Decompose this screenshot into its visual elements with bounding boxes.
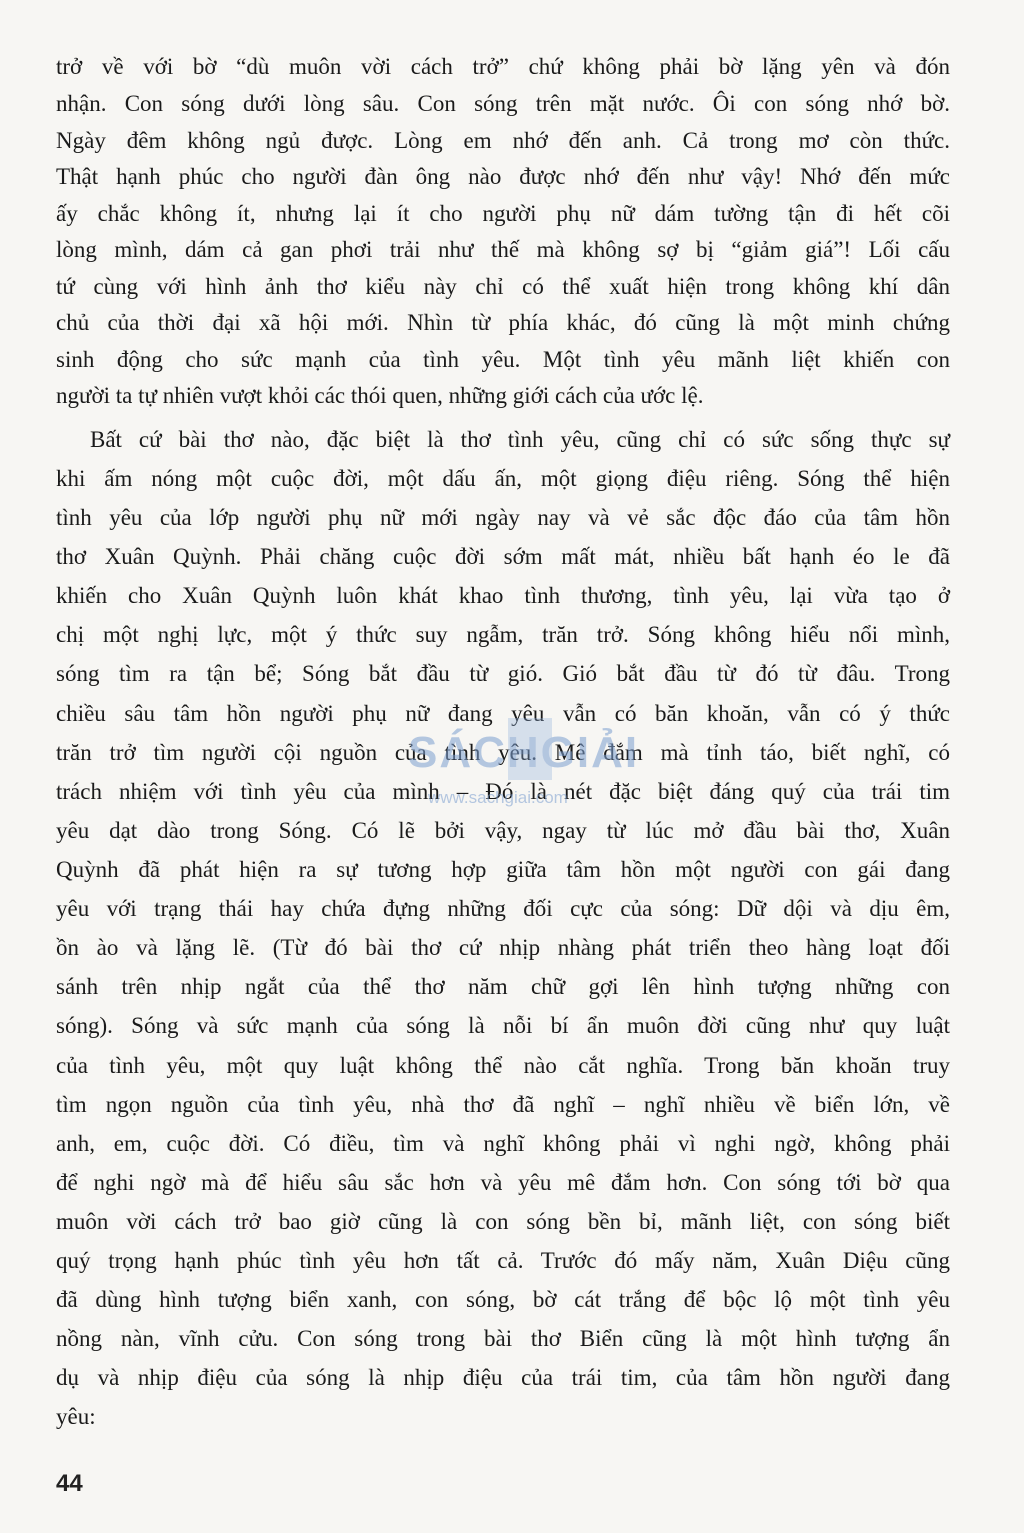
text-line: anh, em, cuộc đời. Có điều, tìm và nghĩ … (56, 1125, 950, 1163)
text-line: người ta tự nhiên vượt khỏi các thói que… (56, 377, 950, 415)
text-line: nồng nàn, vĩnh cửu. Con sóng trong bài t… (56, 1320, 950, 1358)
text-line: sóng tìm ra tận bể; Sóng bắt đầu từ gió.… (56, 655, 950, 693)
text-line: yêu: (56, 1398, 950, 1436)
text-line: chủ của thời đại xã hội mới. Nhìn từ phí… (56, 304, 950, 342)
page-number: 44 (56, 1470, 83, 1498)
text-line: chị một nghị lực, một ý thức suy ngẫm, t… (56, 616, 950, 654)
text-line: Bất cứ bài thơ nào, đặc biệt là thơ tình… (56, 421, 950, 459)
text-line: yêu dạt dào trong Sóng. Có lẽ bởi vậy, n… (56, 812, 950, 850)
text-line: tứ cùng với hình ảnh thơ kiểu này chỉ có… (56, 268, 950, 306)
text-line: dụ và nhịp điệu của sóng là nhịp điệu củ… (56, 1359, 950, 1397)
text-line: trách nhiệm với tình yêu của mình – Đó l… (56, 773, 950, 811)
text-line: khi ấm nóng một cuộc đời, một dấu ấn, mộ… (56, 460, 950, 498)
text-line: muôn vời cách trở bao giờ cũng là con só… (56, 1203, 950, 1241)
text-line: quý trọng hạnh phúc tình yêu hơn tất cả.… (56, 1242, 950, 1280)
text-line: sóng). Sóng và sức mạnh của sóng là nỗi … (56, 1007, 950, 1045)
text-line: Ngày đêm không ngủ được. Lòng em nhớ đến… (56, 122, 950, 160)
text-line: thơ Xuân Quỳnh. Phải chăng cuộc đời sớm … (56, 538, 950, 576)
text-line: sinh động cho sức mạnh của tình yêu. Một… (56, 341, 950, 379)
text-line: chiều sâu tâm hồn người phụ nữ đang yêu … (56, 695, 950, 733)
text-line: lòng mình, dám cả gan phơi trải như thế … (56, 231, 950, 269)
text-line: của tình yêu, một quy luật không thể nào… (56, 1047, 950, 1085)
text-line: ồn ào và lặng lẽ. (Từ đó bài thơ cứ nhịp… (56, 929, 950, 967)
text-line: Quỳnh đã phát hiện ra sự tương hợp giữa … (56, 851, 950, 889)
text-line: để nghi ngờ mà để hiểu sâu sắc hơn và yê… (56, 1164, 950, 1202)
text-line: yêu với trạng thái hay chứa đựng những đ… (56, 890, 950, 928)
text-line: sánh trên nhịp ngắt của thể thơ năm chữ … (56, 968, 950, 1006)
text-line: Thật hạnh phúc cho người đàn ông nào đượ… (56, 158, 950, 196)
text-line: đã dùng hình tượng biển xanh, con sóng, … (56, 1281, 950, 1319)
text-line: ấy chắc không ít, nhưng lại ít cho người… (56, 195, 950, 233)
text-line: trở về với bờ “dù muôn vời cách trở” chứ… (56, 48, 950, 86)
text-line: trăn trở tìm người cội nguồn của tình yê… (56, 734, 950, 772)
text-line: tìm ngọn nguồn của tình yêu, nhà thơ đã … (56, 1086, 950, 1124)
text-line: nhận. Con sóng dưới lòng sâu. Con sóng t… (56, 85, 950, 123)
text-line: tình yêu của lớp người phụ nữ mới ngày n… (56, 499, 950, 537)
text-line: khiến cho Xuân Quỳnh luôn khát khao tình… (56, 577, 950, 615)
